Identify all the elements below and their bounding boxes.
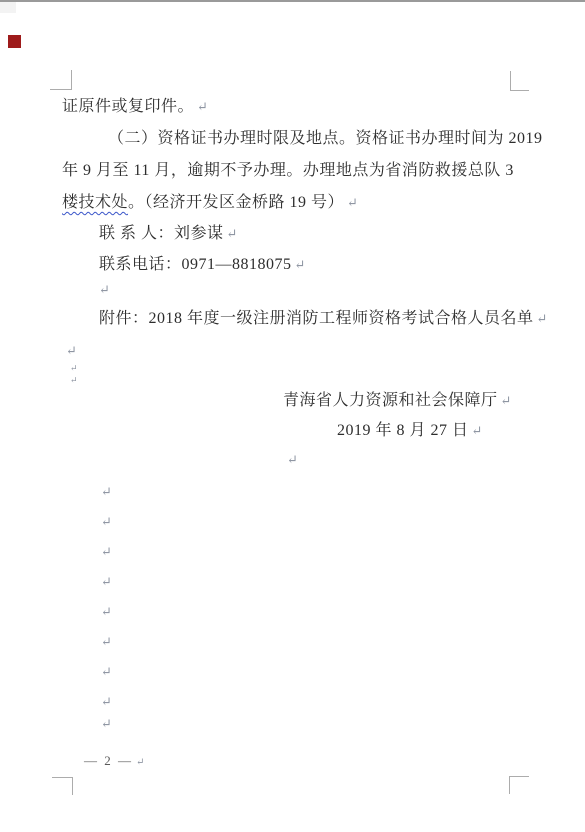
- paragraph-mark-icon: ↵: [136, 757, 144, 768]
- paragraph-mark-icon: ↵: [101, 635, 112, 648]
- paragraph-mark-icon: ↵: [70, 376, 78, 385]
- document-page: 证原件或复印件。↵ （二）资格证书办理时限及地点。资格证书办理时间为 2019 …: [0, 0, 585, 832]
- contact-person-line: 联 系 人：刘参谋↵: [99, 224, 237, 244]
- paragraph-mark-icon: ↵: [99, 283, 110, 296]
- paragraph-mark-icon: ↵: [227, 226, 238, 241]
- body-line-continuation: 证原件或复印件。↵: [62, 97, 208, 117]
- page-top-corner-shade: [0, 2, 16, 13]
- body-line-1-text: 证原件或复印件。: [62, 98, 194, 115]
- paragraph-mark-icon: ↵: [66, 344, 77, 357]
- attachment-line: 附件：2018 年度一级注册消防工程师资格考试合格人员名单↵: [99, 309, 547, 329]
- attachment-text: 附件：2018 年度一级注册消防工程师资格考试合格人员名单: [99, 310, 534, 327]
- paragraph-mark-icon: ↵: [101, 485, 112, 498]
- page-top-border: [0, 0, 585, 2]
- paragraph-mark-icon: ↵: [347, 195, 358, 210]
- issuer-name: 青海省人力资源和社会保障厅↵: [283, 391, 511, 411]
- red-square-marker: [8, 35, 21, 48]
- paragraph-mark-icon: ↵: [101, 605, 112, 618]
- section-heading-line: （二）资格证书办理时限及地点。资格证书办理时间为 2019: [108, 129, 543, 149]
- crop-mark-top-left: [50, 70, 72, 90]
- page-number: — 2 —↵: [84, 751, 144, 773]
- crop-mark-bottom-left: [52, 777, 73, 795]
- body-line-4-text: 。（经济开发区金桥路 19 号）: [128, 194, 344, 211]
- issue-date-text: 2019 年 8 月 27 日: [337, 422, 469, 439]
- paragraph-mark-icon: ↵: [101, 545, 112, 558]
- body-line-3: 年 9 月至 11 月，逾期不予办理。办理地点为省消防救援总队 3: [62, 161, 514, 181]
- paragraph-mark-icon: ↵: [101, 695, 112, 708]
- paragraph-mark-icon: ↵: [501, 393, 512, 408]
- crop-mark-bottom-right: [509, 776, 529, 794]
- paragraph-mark-icon: ↵: [537, 311, 548, 326]
- paragraph-mark-icon: ↵: [197, 99, 208, 114]
- section-heading-text: （二）资格证书办理时限及地点。资格证书办理时间为 2019: [108, 130, 543, 147]
- paragraph-mark-icon: ↵: [101, 515, 112, 528]
- body-line-4: 楼技术处。（经济开发区金桥路 19 号）↵: [62, 193, 358, 213]
- paragraph-mark-icon: ↵: [295, 257, 306, 272]
- issue-date: 2019 年 8 月 27 日↵: [337, 421, 482, 441]
- spellchecked-text: 楼技术处: [62, 194, 128, 211]
- issuer-name-text: 青海省人力资源和社会保障厅: [283, 392, 498, 409]
- paragraph-mark-icon: ↵: [472, 423, 483, 438]
- paragraph-mark-icon: ↵: [287, 453, 298, 466]
- contact-phone-line: 联系电话：0971—8818075↵: [99, 255, 305, 275]
- contact-person-text: 联 系 人：刘参谋: [99, 225, 224, 242]
- body-line-3-text: 年 9 月至 11 月，逾期不予办理。办理地点为省消防救援总队 3: [62, 162, 514, 179]
- crop-mark-top-right: [510, 71, 529, 91]
- paragraph-mark-icon: ↵: [101, 717, 112, 730]
- page-number-text: — 2 —: [84, 753, 133, 768]
- paragraph-mark-icon: ↵: [101, 665, 112, 678]
- paragraph-mark-icon: ↵: [101, 575, 112, 588]
- paragraph-mark-icon: ↵: [70, 364, 78, 373]
- contact-phone-text: 联系电话：0971—8818075: [99, 256, 292, 273]
